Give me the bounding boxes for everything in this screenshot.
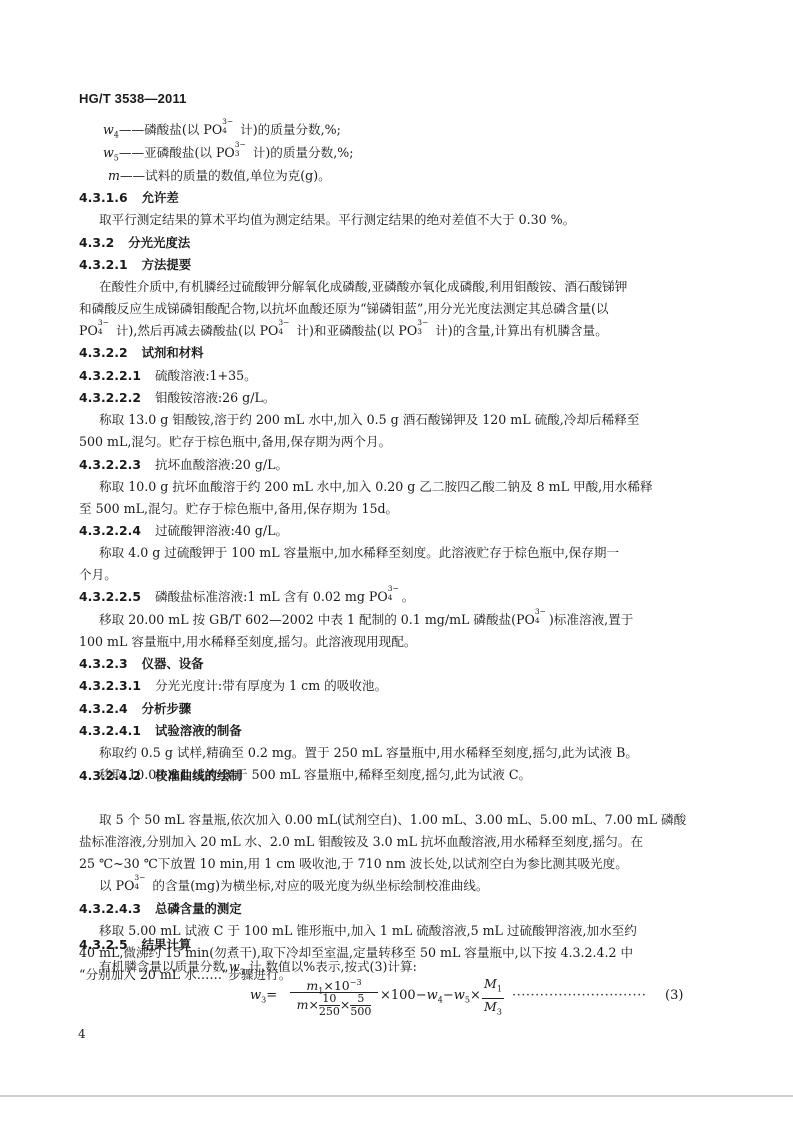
ion-subscript: 3 [417,328,422,336]
section-title: 分析步骤 [142,701,192,716]
paragraph-line: 和磷酸反应生成锑磷钼酸配合物,以抗坏血酸还原为“锑磷钼蓝”,用分光光度法测定其总… [79,300,609,317]
ion-charge: 3− [222,118,233,126]
ion-charge: 3− [388,585,399,593]
text: ×10 [323,978,349,993]
clause-text-end: 。 [402,589,415,604]
paragraph-line: 称取 10.0 g 抗坏血酸溶于约 200 mL 水中,加入 0.20 g 乙二… [99,478,653,495]
times-sign: × [308,997,318,1012]
variable-symbol: w [250,988,261,1003]
ion-subscript: 4 [535,617,540,625]
fraction-denominator: M3 [482,999,504,1021]
section-number: 4.3.2.4.3 [79,900,141,917]
section-title: 方法提要 [142,257,192,272]
variable-symbol: m [297,997,309,1012]
text: 计),然后再减去磷酸盐(以 PO [112,323,279,338]
section-number: 4.3.2.2.2 [79,390,141,405]
paragraph-line: 以 PO3−4 的含量(mg)为横坐标,对应的吸光度为纵坐标绘制校准曲线。 [99,877,489,894]
text: 计)的含量,计算出有机膦含量。 [431,323,608,338]
section-number: 4.3.2.2.5 [79,589,141,604]
clause-text: 磷酸盐标准溶液:1 mL 含有 0.02 mg PO [155,589,388,604]
paragraph-line: 在酸性介质中,有机膦经过硫酸钾分解氧化成磷酸,亚磷酸亦氧化成磷酸,利用钼酸铵、酒… [99,278,627,295]
ion-subscript: 4 [222,127,227,135]
section-heading-4-3-2-1: 4.3.2.1方法提要 [79,256,191,273]
clause-4-3-2-2-1: 4.3.2.2.1硫酸溶液:1+35。 [79,367,257,384]
section-heading-4-3-2-4: 4.3.2.4分析步骤 [79,700,191,717]
variable-symbol: w [427,988,438,1003]
section-number: 4.3.2.2 [79,344,128,361]
section-heading-4-3-2-4-3: 4.3.2.4.3总磷含量的测定 [79,900,242,917]
paragraph-line: 25 ℃~30 ℃下放置 10 min,用 1 cm 吸收池,于 710 nm … [79,855,628,872]
text: PO [79,323,98,338]
variable-definition-w5: w5——亚磷酸盐(以 PO3−3 计)的质量分数,%; [103,144,353,167]
variable-symbol: m [108,168,120,183]
variable-symbol: m [306,978,318,993]
main-fraction: m1×10−3 m×10250×5500 [290,974,378,1023]
standard-id-header: HG/T 3538—2011 [79,91,187,106]
section-number: 4.3.1.6 [79,189,128,206]
variable-symbol: w [454,988,465,1003]
paragraph-line: 称取 13.0 g 钼酸铵,溶于约 200 mL 水中,加入 0.5 g 酒石酸… [99,411,639,428]
variable-symbol: w [103,122,114,137]
paragraph-line: 称取约 0.5 g 试样,精确至 0.2 mg。置于 250 mL 容量瓶中,用… [99,744,638,761]
section-title: 校准曲线的绘制 [155,768,242,783]
text: 计,数值以%表示,按式(3)计算: [245,959,417,974]
clause-4-3-2-2-2: 4.3.2.2.2钼酸铵溶液:26 g/L。 [79,389,275,406]
clause-text: 分光光度计:带有厚度为 1 cm 的吸收池。 [155,678,387,693]
ion-subscript: 4 [134,883,139,891]
text: )标准溶液,置于 [549,612,633,627]
variable-definition-m: m——试料的质量的数值,单位为克(g)。 [108,167,331,184]
section-title: 仪器、设备 [142,656,204,671]
section-heading-4-3-2-4-2: 4.3.2.4.2校准曲线的绘制 [79,767,242,784]
section-title: 结果计算 [142,937,192,952]
ion-charge: 3− [278,319,289,327]
paragraph-line: PO3−4 计),然后再减去磷酸盐(以 PO3−4 计)和亚磷酸盐(以 PO3−… [79,322,608,339]
ion-subscript: 4 [388,594,393,602]
formula-3: w3= m1×10−3 m×10250×5500 ×100−w4−w5× M1 … [250,974,690,1034]
equals-sign: = [266,988,277,1003]
clause-4-3-2-2-3: 4.3.2.2.3抗坏血酸溶液:20 g/L。 [79,456,288,473]
variable-desc: ——磷酸盐(以 PO [119,122,222,137]
denominator: 500 [350,1006,371,1018]
ion-charge: 3− [417,319,428,327]
formula-lhs: w3= [250,988,277,1005]
clause-text: 抗坏血酸溶液:20 g/L。 [155,457,288,472]
clause-4-3-2-3-1: 4.3.2.3.1分光光度计:带有厚度为 1 cm 的吸收池。 [79,677,387,694]
fraction-numerator: m1×10−3 [290,974,378,992]
fraction-5-500: 5500 [350,993,371,1018]
bottom-edge-rule [0,1095,793,1097]
section-number: 4.3.2.2.3 [79,457,141,472]
section-title: 分光光度法 [128,235,190,250]
variable-symbol: M [484,976,497,991]
text: 有机膦含量以质量分数 [99,959,229,974]
page-number: 4 [78,1027,86,1041]
text: ×100− [380,988,427,1003]
denominator: 250 [319,1006,340,1018]
ion-subscript: 4 [98,328,103,336]
ion-charge: 3− [235,141,246,149]
paragraph-line: 至 500 mL,混匀。贮存于棕色瓶中,备用,保存期为 15d。 [79,500,398,517]
variable-subscript: 3 [497,1007,502,1016]
section-title: 允许差 [142,190,179,205]
leader-dots: ········································… [512,988,647,1003]
clause-4-3-2-2-4: 4.3.2.2.4过硫酸钾溶液:40 g/L。 [79,522,288,539]
variable-subscript: 1 [497,985,502,994]
equation-number: (3) [665,988,683,1003]
section-heading-4-3-1-6: 4.3.1.6允许差 [79,189,179,206]
section-heading-4-3-2-4-1: 4.3.2.4.1试验溶液的制备 [79,722,242,739]
paragraph-line: 个月。 [79,566,117,583]
clause-text: 过硫酸钾溶液:40 g/L。 [155,523,288,538]
paragraph-line: 500 mL,混匀。贮存于棕色瓶中,备用,保存期为两个月。 [79,433,391,450]
paragraph-line: 100 mL 容量瓶中,用水稀释至刻度,摇匀。此溶液现用现配。 [79,633,416,650]
variable-definition-w4: w4——磷酸盐(以 PO3−4 计)的质量分数,%; [103,121,341,144]
section-heading-4-3-2-5: 4.3.2.5结果计算 [79,936,191,953]
clause-text: 钼酸铵溶液:26 g/L。 [155,390,276,405]
fraction-numerator: M1 [482,976,504,998]
section-number: 4.3.2.4.1 [79,722,141,739]
section-heading-4-3-2-3: 4.3.2.3仪器、设备 [79,655,204,672]
section-number: 4.3.2 [79,234,114,251]
section-heading-4-3-2-2: 4.3.2.2试剂和材料 [79,344,204,361]
ion-charge: 3− [134,874,145,882]
variable-desc: ——试料的质量的数值,单位为克(g)。 [120,168,331,183]
times-sign: × [470,988,481,1003]
ion-subscript: 3 [235,150,240,158]
section-number: 4.3.2.5 [79,936,128,953]
section-title: 试剂和材料 [142,345,204,360]
times-sign: × [340,997,350,1012]
text: 的含量(mg)为横坐标,对应的吸光度为纵坐标绘制校准曲线。 [148,878,488,893]
section-title: 总磷含量的测定 [155,901,242,916]
paragraph-line: 移取 20.00 mL 按 GB/T 602—2002 中表 1 配制的 0.1… [99,611,633,628]
ion-subscript: 4 [278,328,283,336]
variable-desc-end: 计)的质量分数,%; [249,145,354,160]
variable-desc-end: 计)的质量分数,%; [236,122,341,137]
document-page: HG/T 3538—2011 w4——磷酸盐(以 PO3−4 计)的质量分数,%… [0,0,793,1122]
text: 计)和亚磷酸盐(以 PO [292,323,417,338]
variable-symbol: M [484,999,497,1014]
section-number: 4.3.2.3 [79,655,128,672]
section-number: 4.3.2.2.4 [79,523,141,538]
paragraph: 取平行测定结果的算术平均值为测定结果。平行测定结果的绝对差值不大于 0.30 %… [99,211,575,228]
text: 以 PO [99,878,134,893]
paragraph-line: 取 5 个 50 mL 容量瓶,依次加入 0.00 mL(试剂空白)、1.00 … [99,811,686,828]
formula-rest: ×100−w4−w5× [380,988,481,1005]
section-number: 4.3.2.3.1 [79,678,141,693]
text: 移取 20.00 mL 按 GB/T 602—2002 中表 1 配制的 0.1… [99,612,535,627]
ion-charge: 3− [98,319,109,327]
fraction-10-250: 10250 [319,993,340,1018]
clause-4-3-2-2-5: 4.3.2.2.5磷酸盐标准溶液:1 mL 含有 0.02 mg PO3−4。 [79,588,414,605]
section-number: 4.3.2.2.1 [79,368,141,383]
paragraph-line: 盐标准溶液,分别加入 20 mL 水、2.0 mL 钼酸铵及 3.0 mL 抗坏… [79,833,643,850]
fraction-denominator: m×10250×5500 [290,993,378,1023]
section-number: 4.3.2.4.2 [79,767,141,784]
section-title: 试验溶液的制备 [155,723,242,738]
minus-sign: − [443,988,454,1003]
variable-symbol: w [103,145,114,160]
section-heading-4-3-2: 4.3.2分光光度法 [79,234,190,251]
clause-text: 硫酸溶液:1+35。 [155,368,257,383]
ion-charge: 3− [535,608,546,616]
variable-symbol: w [229,959,240,974]
exponent: −3 [350,978,362,987]
paragraph-line: 称取 4.0 g 过硫酸钾于 100 mL 容量瓶中,加水稀释至刻度。此溶液贮存… [99,544,619,561]
section-number: 4.3.2.1 [79,256,128,273]
variable-desc: ——亚磷酸盐(以 PO [119,145,235,160]
section-number: 4.3.2.4 [79,700,128,717]
molar-mass-fraction: M1 M3 [482,976,504,1020]
